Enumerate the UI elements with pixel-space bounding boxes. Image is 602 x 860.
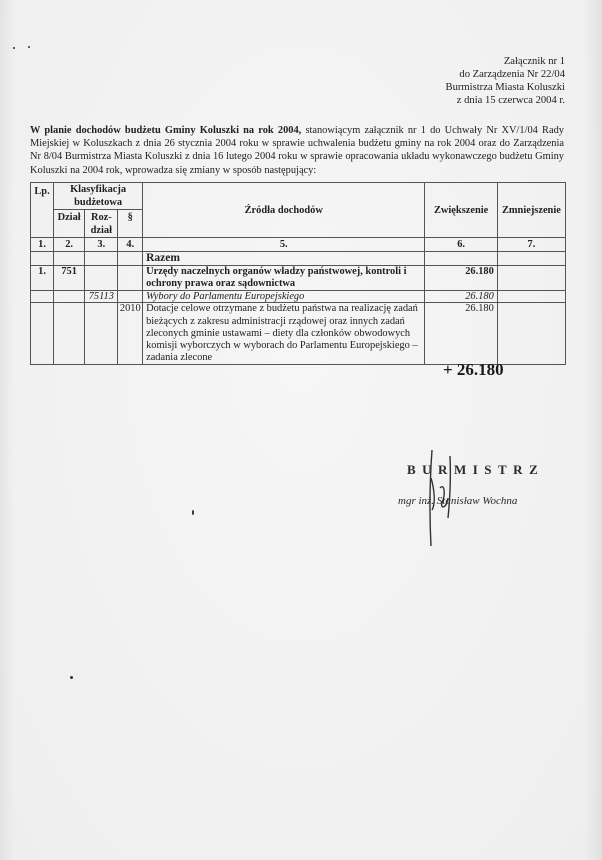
header-decrease: Zmniejszenie — [497, 183, 565, 238]
cell-paragraph — [118, 291, 143, 303]
cell-lp: 1. — [31, 266, 54, 291]
column-number: 2. — [54, 238, 85, 252]
header-row: Lp. Klasyfikacja budżetowa Źródła dochod… — [31, 183, 566, 210]
column-number: 3. — [85, 238, 118, 252]
scan-speck — [13, 47, 15, 49]
razem-row: Razem — [31, 252, 566, 266]
cell-dzial: 751 — [54, 266, 85, 291]
razem-label: Razem — [143, 252, 425, 266]
cell-source: Wybory do Parlamentu Europejskiego — [143, 291, 425, 303]
scan-speck — [70, 676, 73, 679]
cell-decrease — [497, 303, 565, 365]
table-row: 1. 751 Urzędy naczelnych organów władzy … — [31, 266, 566, 291]
intro-paragraph: W planie dochodów budżetu Gminy Koluszki… — [30, 124, 564, 177]
header-source: Źródła dochodów — [143, 183, 425, 238]
attachment-header: Załącznik nr 1 do Zarządzenia Nr 22/04 B… — [446, 55, 565, 107]
intro-bold: W planie dochodów budżetu Gminy Koluszki… — [30, 125, 301, 136]
column-numbers-row: 1. 2. 3. 4. 5. 6. 7. — [31, 238, 566, 252]
cell-increase: 26.180 — [425, 291, 497, 303]
cell-increase: 26.180 — [425, 266, 497, 291]
header-line: Załącznik nr 1 — [446, 55, 565, 68]
cell-rozdzial — [85, 266, 118, 291]
header-paragraph: § — [118, 210, 143, 238]
cell-paragraph: 2010 — [118, 303, 143, 365]
header-line: z dnia 15 czerwca 2004 r. — [446, 94, 565, 107]
column-number: 4. — [118, 238, 143, 252]
header-dzial: Dział — [54, 210, 85, 238]
header-lp: Lp. — [31, 183, 54, 238]
column-number: 7. — [497, 238, 565, 252]
column-number: 1. — [31, 238, 54, 252]
table-row: 2010 Dotacje celowe otrzymane z budżetu … — [31, 303, 566, 365]
cell-rozdzial — [85, 303, 118, 365]
column-number: 5. — [143, 238, 425, 252]
scan-speck — [192, 510, 194, 515]
header-rozdzial: Roz-dział — [85, 210, 118, 238]
header-increase: Zwiększenie — [425, 183, 497, 238]
cell-lp — [31, 291, 54, 303]
cell-rozdzial: 75113 — [85, 291, 118, 303]
cell-source: Dotacje celowe otrzymane z budżetu państ… — [143, 303, 425, 365]
budget-table: Lp. Klasyfikacja budżetowa Źródła dochod… — [30, 182, 566, 365]
handwritten-signature-icon — [420, 448, 470, 548]
cell-dzial — [54, 291, 85, 303]
cell-dzial — [54, 303, 85, 365]
cell-decrease — [497, 291, 565, 303]
table-row: 75113 Wybory do Parlamentu Europejskiego… — [31, 291, 566, 303]
total-change: + 26.180 — [443, 360, 504, 380]
column-number: 6. — [425, 238, 497, 252]
cell-lp — [31, 303, 54, 365]
header-line: do Zarządzenia Nr 22/04 — [446, 68, 565, 81]
cell-source: Urzędy naczelnych organów władzy państwo… — [143, 266, 425, 291]
cell-increase: 26.180 — [425, 303, 497, 365]
cell-paragraph — [118, 266, 143, 291]
header-classification: Klasyfikacja budżetowa — [54, 183, 143, 210]
scan-speck — [28, 46, 30, 48]
header-line: Burmistrza Miasta Koluszki — [446, 81, 565, 94]
cell-decrease — [497, 266, 565, 291]
